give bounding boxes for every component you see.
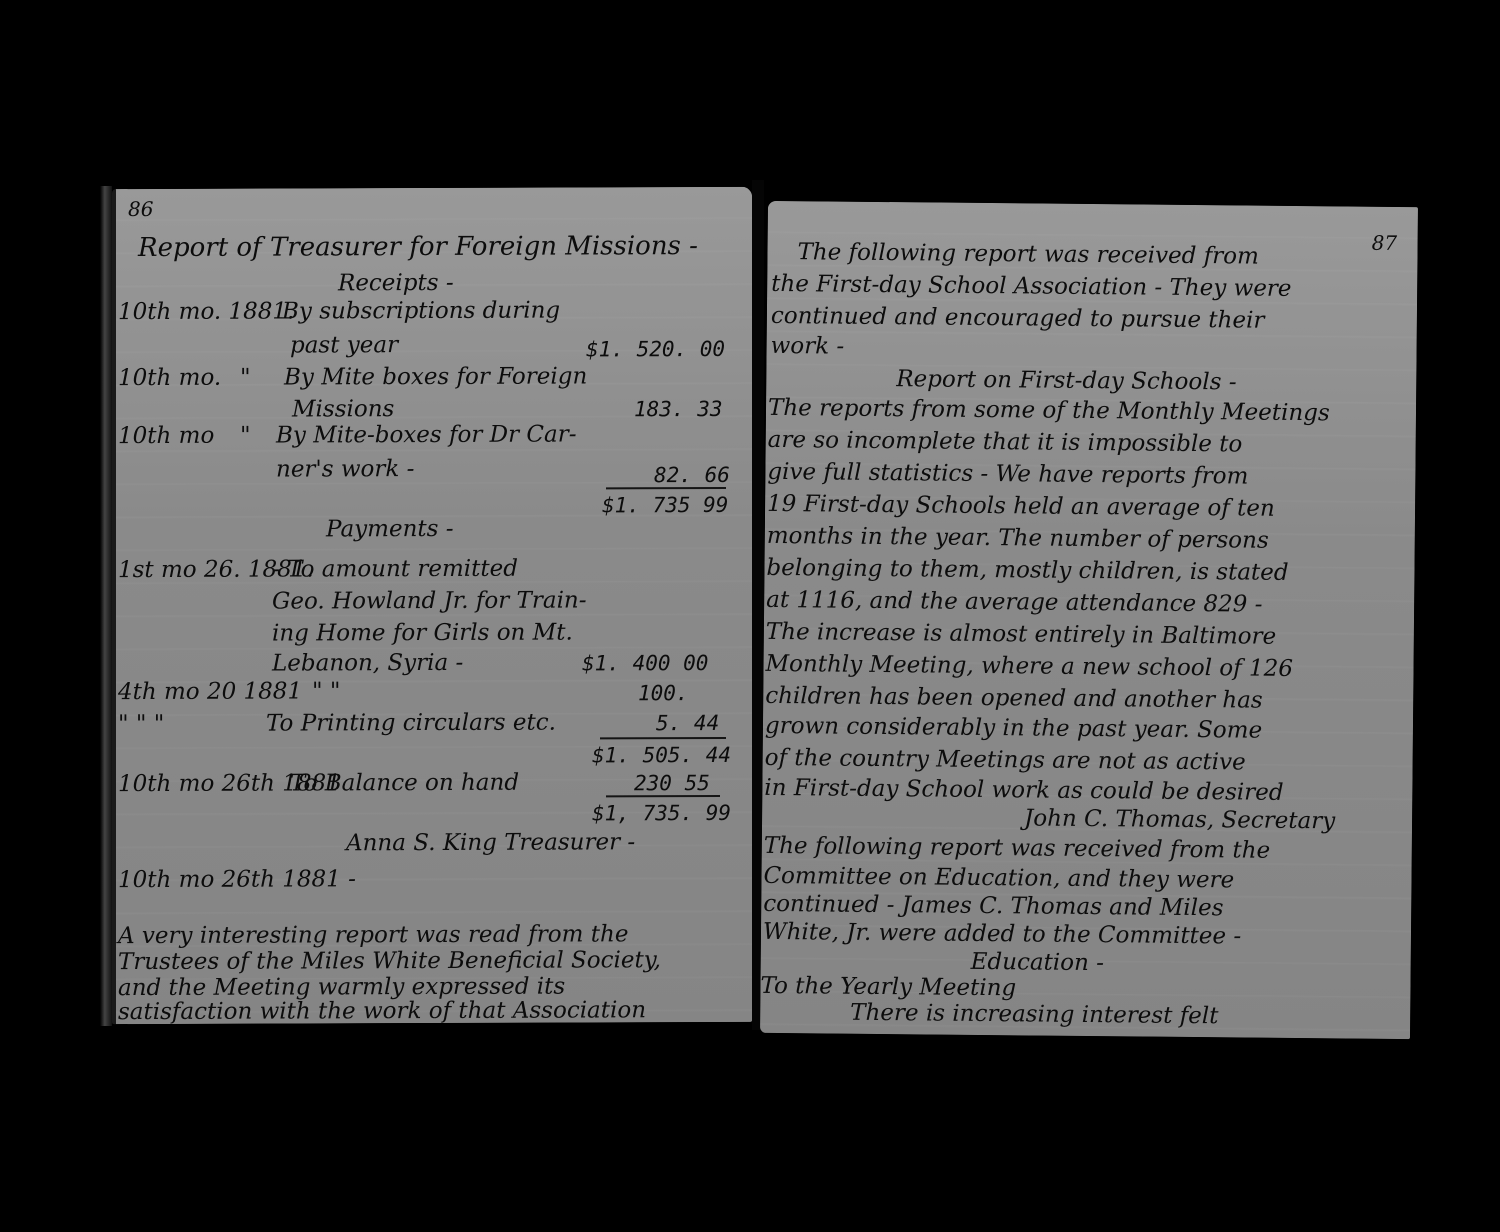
balance-amount: 230 55: [634, 771, 710, 795]
paragraph-line: Monthly Meeting, where a new school of 1…: [765, 653, 1293, 681]
education-first-line: There is increasing interest felt: [850, 1002, 1218, 1029]
paragraph-line: White, Jr. were added to the Committee -: [763, 921, 1241, 949]
ditto-mark: " " ": [118, 713, 164, 736]
payment-desc: Lebanon, Syria -: [272, 652, 463, 676]
receipt-amount: 183. 33: [634, 397, 723, 421]
paragraph-line: The reports from some of the Monthly Mee…: [768, 397, 1330, 425]
receipts-heading: Receipts -: [338, 272, 454, 295]
paragraph-line: The following report was received from: [797, 241, 1259, 268]
paragraph-line: Trustees of the Miles White Beneficial S…: [118, 949, 661, 974]
page-number: 86: [128, 197, 153, 221]
paragraph-line: and the Meeting warmly expressed its: [118, 976, 565, 1001]
balance-desc: To Balance on hand: [290, 772, 519, 796]
payment-row: 1st mo 26. 1881. - To amount remitted Ge…: [116, 187, 752, 189]
receipt-amount: $1. 520. 00: [586, 337, 725, 361]
paragraph-line: continued - James C. Thomas and Miles: [763, 893, 1223, 920]
paragraph-line: work -: [771, 335, 845, 359]
signature-date: 10th mo 26th 1881 -: [118, 868, 356, 892]
closing-paragraph: A very interesting report was read from …: [116, 187, 752, 189]
ditto-mark: ": [240, 425, 251, 448]
receipt-desc: Missions: [292, 398, 394, 421]
payments-heading: Payments -: [326, 518, 454, 541]
receipt-row: 10th mo " By Mite-boxes for Dr Car- ner'…: [116, 187, 752, 189]
sum-rule: [606, 487, 726, 489]
page-number: 87: [1372, 231, 1398, 255]
paragraph-line: continued and encouraged to pursue their: [771, 305, 1265, 333]
receipt-date: 10th mo. 1881.: [118, 300, 294, 324]
paragraph-line: of the country Meetings are not as activ…: [765, 747, 1246, 775]
report-heading: Report on First-day Schools -: [896, 368, 1236, 394]
receipt-row: 10th mo. 1881. By subscriptions during p…: [116, 187, 752, 189]
treasurer-signature: Anna S. King Treasurer -: [346, 831, 635, 855]
page-edge-strip: [100, 186, 112, 1026]
payment-amount: 100.: [638, 681, 689, 705]
paragraph-line: months in the year. The number of person…: [767, 525, 1269, 553]
payment-desc: Geo. Howland Jr. for Train-: [272, 589, 587, 613]
education-intro: The following report was received from t…: [768, 201, 1418, 207]
education-heading: Education -: [971, 951, 1104, 975]
receipt-desc: past year: [290, 334, 398, 357]
paragraph-line: 19 First-day Schools held an average of …: [767, 493, 1275, 521]
payment-desc: - To amount remitted: [272, 558, 518, 582]
payments-table: 1st mo 26. 1881. - To amount remitted Ge…: [116, 187, 752, 189]
receipt-desc: By subscriptions during: [282, 300, 560, 324]
payment-row: 4th mo 20 1881 " " 100.: [116, 187, 752, 189]
paragraph-line: are so incomplete that it is impossible …: [768, 429, 1243, 457]
paragraph-line: the First-day School Association - They …: [771, 273, 1291, 301]
payments-subtotal: $1. 505. 44: [592, 743, 731, 767]
left-page: 86 Report of Treasurer for Foreign Missi…: [112, 187, 752, 1024]
receipt-date: 10th mo: [118, 425, 214, 448]
receipts-total: $1. 735 99: [602, 493, 728, 517]
paragraph-line: belonging to them, mostly children, is s…: [766, 557, 1288, 585]
receipt-desc: ner's work -: [276, 458, 414, 481]
payment-amount: 5. 44: [656, 711, 719, 735]
receipt-desc: By Mite boxes for Foreign: [284, 365, 587, 389]
right-page: 87 The following report was received fro…: [760, 201, 1418, 1039]
secretary-signature: John C. Thomas, Secretary: [1024, 807, 1335, 833]
paragraph-line: grown considerably in the past year. Som…: [765, 715, 1262, 743]
paragraph-line: The increase is almost entirely in Balti…: [766, 621, 1277, 649]
receipts-table: 10th mo. 1881. By subscriptions during p…: [116, 187, 752, 189]
intro-paragraph: The following report was received from t…: [768, 201, 1418, 207]
report-title: Report of Treasurer for Foreign Missions…: [138, 233, 698, 261]
receipt-date: 10th mo.: [118, 367, 221, 390]
receipt-row: 10th mo. " By Mite boxes for Foreign Mis…: [116, 187, 752, 189]
paragraph-line: A very interesting report was read from …: [118, 923, 628, 948]
payment-row: " " " To Printing circulars etc. 5. 44: [116, 187, 752, 189]
education-salutation: To the Yearly Meeting: [760, 975, 1016, 1000]
paragraph-line: in First-day School work as could be des…: [764, 777, 1283, 805]
balance-row: 10th mo 26th 1881 To Balance on hand 230…: [116, 187, 752, 189]
paragraph-line: give full statistics - We have reports f…: [767, 461, 1248, 489]
paragraph-line: at 1116, and the average attendance 829 …: [766, 589, 1262, 617]
grand-total: $1, 735. 99: [592, 801, 731, 825]
report-body: The reports from some of the Monthly Mee…: [768, 201, 1418, 207]
paragraph-line: children has been opened and another has: [765, 685, 1263, 713]
ditto-mark: ": [240, 367, 251, 390]
paragraph-line: satisfaction with the work of that Assoc…: [118, 999, 646, 1024]
receipt-desc: By Mite-boxes for Dr Car-: [276, 423, 577, 447]
payment-desc: ing Home for Girls on Mt.: [272, 622, 573, 646]
paragraph-line: Committee on Education, and they were: [763, 865, 1234, 893]
ditto-mark: " ": [312, 680, 340, 703]
book-spread: 86 Report of Treasurer for Foreign Missi…: [0, 0, 1500, 1232]
payment-desc: To Printing circulars etc.: [266, 712, 556, 736]
sum-rule: [600, 737, 726, 739]
receipt-amount: 82. 66: [654, 463, 730, 487]
sum-rule: [606, 795, 720, 797]
payment-date: 4th mo 20 1881: [118, 680, 302, 704]
payment-amount: $1. 400 00: [582, 651, 708, 675]
paragraph-line: The following report was received from t…: [764, 835, 1271, 863]
